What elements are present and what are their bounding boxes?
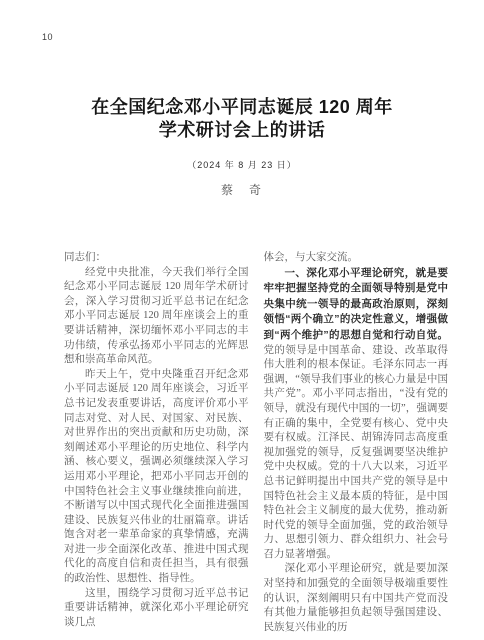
document-title-line-2: 学术研讨会上的讲话 — [0, 119, 484, 142]
body-columns: 同志们： 经党中央批准，今天我们举行全国纪念邓小平同志诞辰 120 周年学术研讨… — [64, 251, 448, 635]
section-one-lead-bold: 一、深化邓小平理论研究，就是要牢牢把握坚持党的全面领导特别是党中央集中统一领导的… — [264, 267, 449, 341]
paragraph-symposium-recap: 昨天上午，党中央隆重召开纪念邓小平同志诞辰 120 周年座谈会，习近平总书记发表… — [64, 368, 249, 587]
left-column: 同志们： 经党中央批准，今天我们举行全国纪念邓小平同志诞辰 120 周年学术研讨… — [64, 251, 249, 635]
page-number: 10 — [42, 32, 53, 42]
document-date: （2024 年 8 月 23 日） — [0, 158, 484, 171]
salutation: 同志们： — [64, 251, 249, 266]
paragraph-transition-partial: 这里，围绕学习贯彻习近平总书记重要讲话精神，就深化邓小平理论研究谈几点 — [64, 587, 249, 631]
paragraph-opening: 经党中央批准，今天我们举行全国纪念邓小平同志诞辰 120 周年学术研讨会，深入学… — [64, 266, 249, 368]
paragraph-section-one: 一、深化邓小平理论研究，就是要牢牢把握坚持党的全面领导特别是党中央集中统一领导的… — [264, 266, 449, 563]
document-title-line-1: 在全国纪念邓小平同志诞辰 120 周年 — [0, 96, 484, 119]
document-author: 蔡 奇 — [0, 181, 484, 198]
paragraph-continuation: 体会，与大家交流。 — [264, 251, 449, 266]
document-header: 在全国纪念邓小平同志诞辰 120 周年 学术研讨会上的讲话 （2024 年 8 … — [0, 96, 484, 198]
paragraph-deepen-research-partial: 深化邓小平理论研究，就是要加深对坚持和加强党的全面领导极端重要性的认识，深刻阐明… — [264, 562, 449, 635]
right-column: 体会，与大家交流。 一、深化邓小平理论研究，就是要牢牢把握坚持党的全面领导特别是… — [264, 251, 449, 635]
section-one-body: 党的领导是中国革命、建设、改革取得伟大胜利的根本保证。毛泽东同志一再强调，“领导… — [264, 345, 449, 560]
document-page: 10 在全国纪念邓小平同志诞辰 120 周年 学术研讨会上的讲话 （2024 年… — [0, 0, 484, 640]
